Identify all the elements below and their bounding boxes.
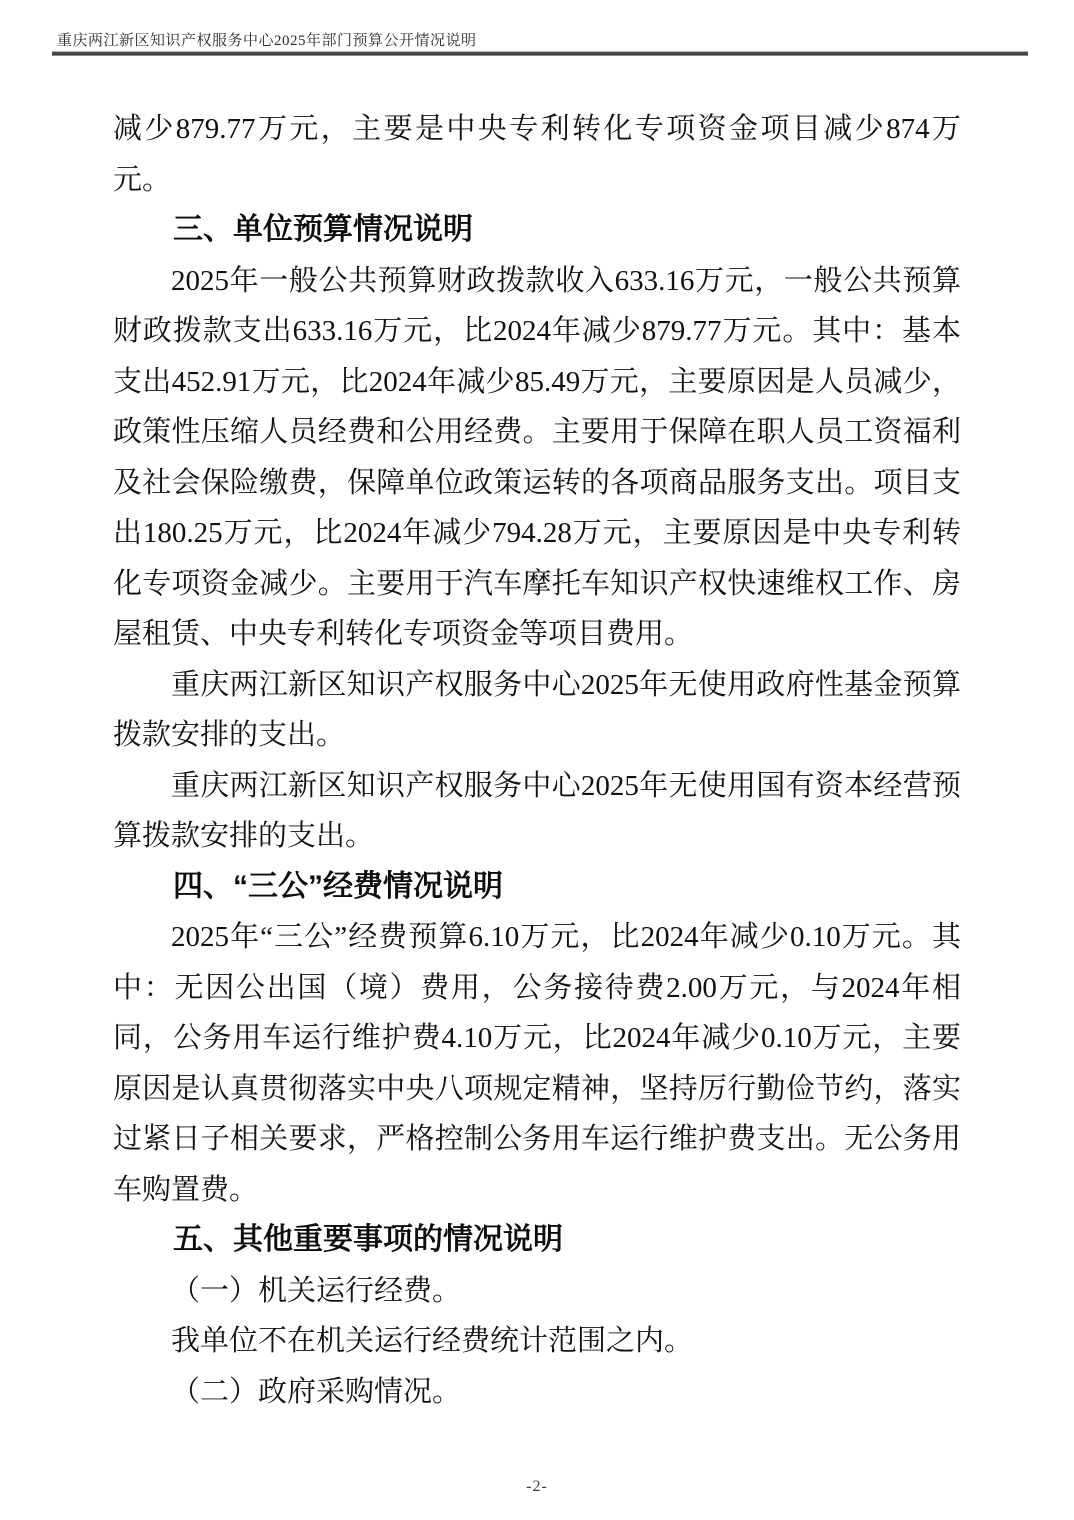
- paragraph: 2025年“三公”经费预算6.10万元，比2024年减少0.10万元。其中：无因…: [113, 912, 961, 1215]
- page-number: -2-: [0, 1478, 1074, 1496]
- paragraph: （一）机关运行经费。: [113, 1266, 961, 1317]
- header-rule-divider: [52, 51, 1028, 56]
- paragraph: 我单位不在机关运行经费统计范围之内。: [113, 1316, 961, 1367]
- paragraph: 2025年一般公共预算财政拨款收入633.16万元，一般公共预算财政拨款支出63…: [113, 256, 961, 660]
- section-heading: 五、其他重要事项的情况说明: [113, 1215, 961, 1266]
- paragraph: 减少879.77万元，主要是中央专利转化专项资金项目减少874万元。: [113, 104, 961, 205]
- paragraph: 重庆两江新区知识产权服务中心2025年无使用国有资本经营预算拨款安排的支出。: [113, 761, 961, 862]
- page-header-title: 重庆两江新区知识产权服务中心2025年部门预算公开情况说明: [57, 32, 1027, 50]
- paragraph: 重庆两江新区知识产权服务中心2025年无使用政府性基金预算拨款安排的支出。: [113, 660, 961, 761]
- section-heading: 四、“三公”经费情况说明: [113, 862, 961, 913]
- paragraph: （二）政府采购情况。: [113, 1367, 961, 1418]
- document-body: 减少879.77万元，主要是中央专利转化专项资金项目减少874万元。三、单位预算…: [113, 104, 961, 1417]
- section-heading: 三、单位预算情况说明: [113, 205, 961, 256]
